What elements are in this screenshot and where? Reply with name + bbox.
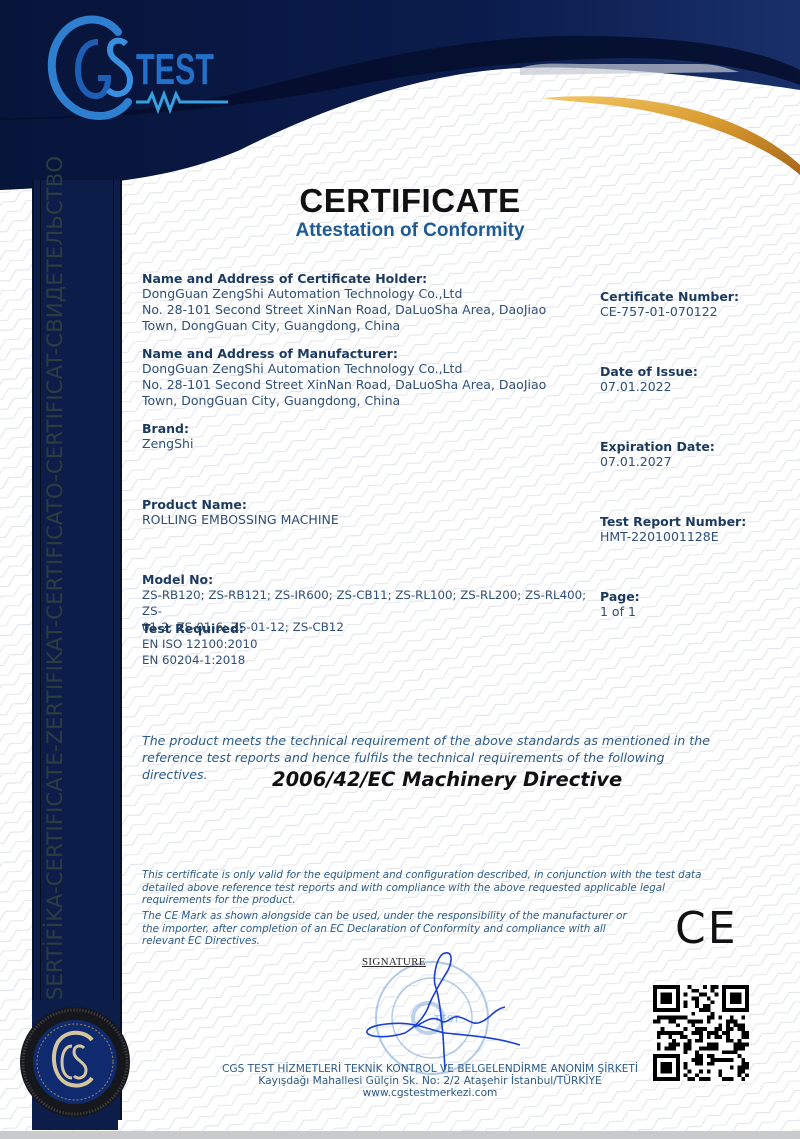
- certificate-number-value: CE-757-01-070122: [600, 304, 780, 320]
- expiration-date-label: Expiration Date:: [600, 439, 780, 454]
- bottom-edge: [0, 1131, 800, 1139]
- ce-mark-icon: CE: [675, 903, 738, 954]
- model-label: Model No:: [142, 572, 592, 587]
- brand-field: Brand: ZengShi: [142, 421, 442, 452]
- brand-value: ZengShi: [142, 436, 442, 452]
- issuer-website[interactable]: www.cgstestmerkezi.com: [190, 1087, 670, 1099]
- issuer-address: Kayışdağı Mahallesi Gülçin Sk. No: 2/2 A…: [190, 1075, 670, 1087]
- test-report-number-label: Test Report Number:: [600, 514, 790, 529]
- holder-value: DongGuan ZengShi Automation Technology C…: [142, 286, 582, 334]
- ribbon-text: SERTİFİKA-CERTIFICATE-ZERTIFIKAT-CERTIFI…: [43, 156, 67, 1000]
- date-of-issue-label: Date of Issue:: [600, 364, 780, 379]
- date-of-issue-value: 07.01.2022: [600, 379, 780, 395]
- holder-label: Name and Address of Certificate Holder:: [142, 271, 582, 286]
- certificate-title: CERTIFICATE: [240, 182, 580, 220]
- page-field: Page: 1 of 1: [600, 589, 780, 620]
- certificate-number-label: Certificate Number:: [600, 289, 780, 304]
- svg-text:TEST: TEST: [136, 45, 214, 94]
- cgs-seal-icon: [10, 1000, 140, 1130]
- ce-mark-note: The CE Mark as shown alongside can be us…: [142, 910, 642, 948]
- expiration-date-value: 07.01.2027: [600, 454, 780, 470]
- product-value: ROLLING EMBOSSING MACHINE: [142, 512, 442, 528]
- directive-title: 2006/42/EC Machinery Directive: [142, 768, 732, 791]
- tests-field: Test Required: EN ISO 12100:2010 EN 6020…: [142, 621, 442, 668]
- manufacturer-label: Name and Address of Manufacturer:: [142, 346, 582, 361]
- issuer-name: CGS TEST HİZMETLERİ TEKNİK KONTROL VE BE…: [190, 1063, 670, 1075]
- validity-note: This certificate is only valid for the e…: [142, 869, 732, 907]
- brand-label: Brand:: [142, 421, 442, 436]
- page-value: 1 of 1: [600, 604, 780, 620]
- certificate-number-field: Certificate Number: CE-757-01-070122: [600, 289, 780, 320]
- certificate-page: TEST SERTİFİKA-CERTIFICATE-ZERTIFIKAT-CE…: [0, 0, 800, 1131]
- certificate-subtitle: Attestation of Conformity: [240, 220, 580, 242]
- issuer-block: CGS TEST HİZMETLERİ TEKNİK KONTROL VE BE…: [190, 1063, 670, 1099]
- page-label: Page:: [600, 589, 780, 604]
- manufacturer-value: DongGuan ZengShi Automation Technology C…: [142, 361, 582, 409]
- product-label: Product Name:: [142, 497, 442, 512]
- test-report-number-field: Test Report Number: HMT-2201001128E: [600, 514, 790, 545]
- product-field: Product Name: ROLLING EMBOSSING MACHINE: [142, 497, 442, 528]
- holder-field: Name and Address of Certificate Holder: …: [142, 271, 582, 334]
- manufacturer-field: Name and Address of Manufacturer: DongGu…: [142, 346, 582, 409]
- tests-value: EN ISO 12100:2010 EN 60204-1:2018: [142, 636, 442, 668]
- tests-label: Test Required:: [142, 621, 442, 636]
- expiration-date-field: Expiration Date: 07.01.2027: [600, 439, 780, 470]
- test-report-number-value: HMT-2201001128E: [600, 529, 790, 545]
- cgs-test-logo: TEST: [40, 12, 240, 122]
- date-of-issue-field: Date of Issue: 07.01.2022: [600, 364, 780, 395]
